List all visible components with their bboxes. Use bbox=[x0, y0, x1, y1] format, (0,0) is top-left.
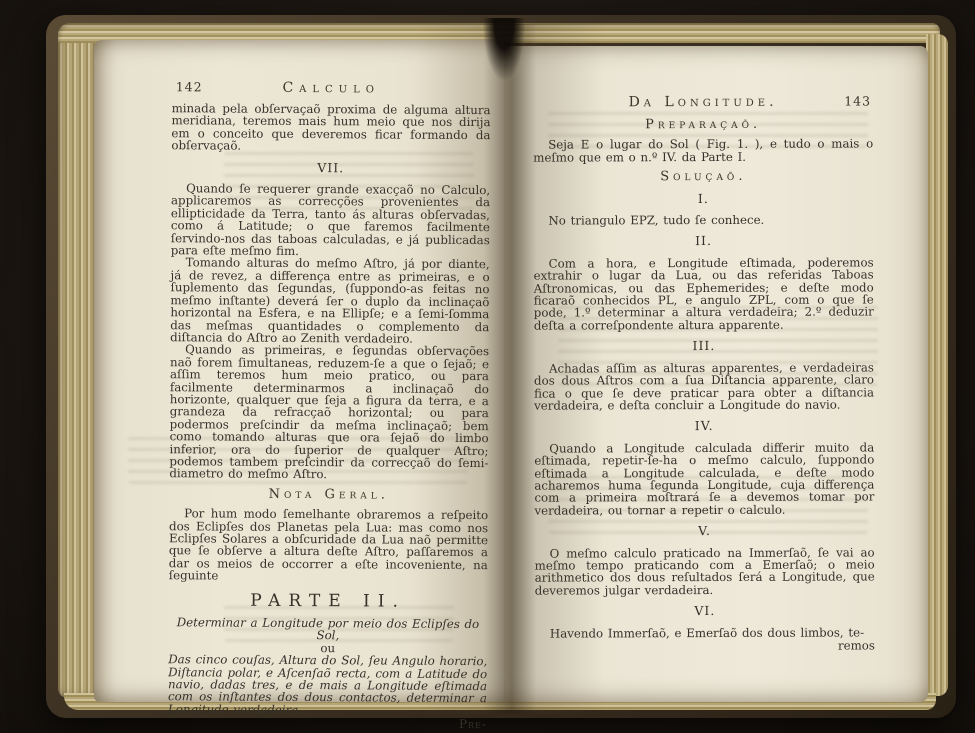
paragraph: Por hum modo ſemelhante obraremos a reſp… bbox=[169, 507, 488, 583]
paragraph: Havendo Immerſaõ, e Emerſaõ dos dous lim… bbox=[535, 626, 875, 640]
section-heading-ii: II. bbox=[534, 235, 874, 249]
page-number: 143 bbox=[844, 95, 871, 107]
paragraph: Quando a Longitude calculada differir mu… bbox=[534, 441, 874, 517]
parte-ii-statement: Das cinco couſas, Altura do Sol, ſeu Ang… bbox=[168, 653, 487, 717]
page-left: 142 Calculo minada pela obſervaçaõ proxi… bbox=[94, 40, 504, 702]
paragraph: Quando as primeiras, e ſegundas obſervaç… bbox=[169, 344, 489, 482]
page-right-content: 143 Da Longitude. Preparaçaõ. Seja E o l… bbox=[503, 45, 929, 702]
paragraph: Achadas aſſim as alturas apparentes, e v… bbox=[534, 361, 874, 412]
running-header-left: 142 Calculo bbox=[172, 81, 491, 98]
parte-ii-heading: PARTE II. bbox=[169, 594, 488, 608]
section-heading-i: I. bbox=[533, 192, 873, 206]
paragraph: Tomando alturas do meſmo Aſtro, já por d… bbox=[170, 257, 490, 346]
paragraph: Seja E o lugar do Sol ( Fig. 1. ), e tud… bbox=[533, 138, 873, 164]
paragraph: No triangulo EPZ, tudo ſe conhece. bbox=[533, 213, 873, 227]
page-left-content: 142 Calculo minada pela obſervaçaõ proxi… bbox=[92, 39, 506, 703]
section-heading-iv: IV. bbox=[534, 420, 874, 434]
book-photo-background: 142 Calculo minada pela obſervaçaõ proxi… bbox=[0, 0, 975, 733]
section-heading-vi: VI. bbox=[535, 605, 875, 619]
section-heading-iii: III. bbox=[534, 340, 874, 354]
preparacao-heading: Preparaçaõ. bbox=[533, 118, 873, 132]
running-title: Da Longitude. bbox=[533, 95, 873, 109]
page-edges-right bbox=[926, 34, 948, 696]
catchword-right: remos bbox=[535, 639, 875, 653]
paragraph: Com a hora, e Longitude eſtimada, podere… bbox=[534, 256, 874, 332]
catchword-left: Pre- bbox=[168, 716, 487, 730]
paragraph: O meſmo calculo praticado na Immerſaõ, ſ… bbox=[535, 546, 875, 597]
page-right: 143 Da Longitude. Preparaçaõ. Seja E o l… bbox=[504, 46, 928, 702]
running-title: Calculo bbox=[172, 81, 491, 95]
page-number: 142 bbox=[176, 81, 203, 94]
section-heading-v: V. bbox=[535, 525, 875, 539]
section-heading-vii: VII. bbox=[171, 161, 490, 175]
paragraph: Quando ſe requerer grande exacçaõ no Cal… bbox=[171, 182, 490, 258]
solucao-heading: Soluçaõ. bbox=[533, 171, 873, 185]
parte-ii-subtitle: Determinar a Longitude por meio dos Ecli… bbox=[168, 616, 487, 643]
nota-geral-heading: Nota Geral. bbox=[169, 488, 488, 502]
paragraph-continuation: minada pela obſervaçaõ proxima de alguma… bbox=[171, 102, 490, 154]
running-header-right: 143 Da Longitude. bbox=[533, 95, 873, 111]
